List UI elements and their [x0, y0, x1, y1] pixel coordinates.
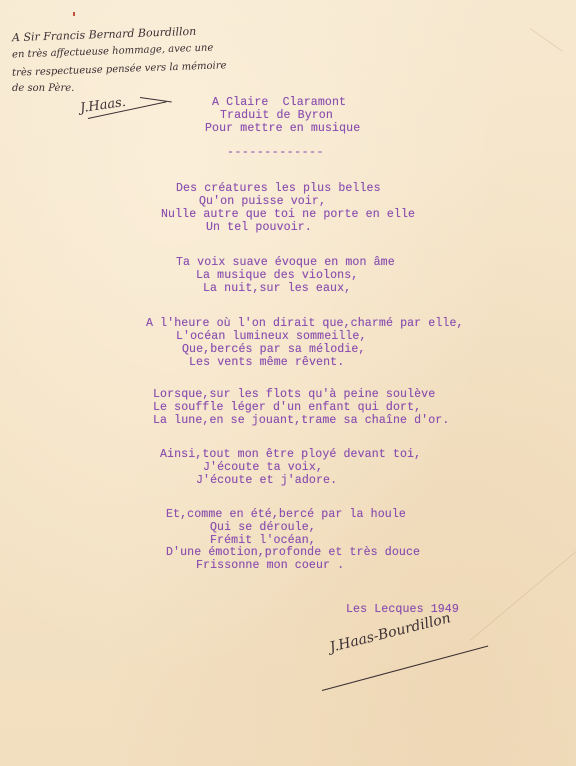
header-divider: -------------: [227, 147, 324, 159]
poem-line: La musique des violons,: [196, 270, 358, 282]
poem-line: Ta voix suave évoque en mon âme: [176, 257, 395, 269]
poem-line: J'écoute et j'adore.: [196, 475, 337, 487]
translation-note: Traduit de Byron: [220, 110, 333, 122]
paper-fold-crease: [530, 28, 563, 52]
signature-flourish: [140, 97, 172, 102]
poem-line: L'océan lumineux sommeille,: [176, 331, 367, 343]
poem-line: La lune,en se jouant,trame sa chaîne d'o…: [153, 415, 449, 427]
dedication-line: de son Père.: [12, 83, 74, 94]
poem-line: La nuit,sur les eaux,: [203, 283, 351, 295]
poem-line: Le souffle léger d'un enfant qui dort,: [153, 402, 421, 414]
poem-line: Frissonne mon coeur .: [196, 560, 344, 572]
dedication-line: très respectueuse pensée vers la mémoire: [12, 60, 227, 78]
purpose-note: Pour mettre en musique: [205, 123, 360, 135]
poem-line: Qui se déroule,: [210, 522, 316, 534]
poem-line: J'écoute ta voix,: [203, 462, 323, 474]
dedicatee-line: A Claire Claramont: [212, 97, 346, 109]
poem-line: Un tel pouvoir.: [206, 222, 312, 234]
poem-line: A l'heure où l'on dirait que,charmé par …: [146, 318, 464, 330]
author-signature: J.Haas-Bourdillon: [328, 610, 452, 656]
paper-fold-crease: [470, 512, 576, 641]
poem-line: Des créatures les plus belles: [176, 183, 381, 195]
poem-line: Les vents même rêvent.: [189, 357, 344, 369]
manuscript-page: A Sir Francis Bernard Bourdillon en très…: [0, 0, 576, 766]
dedication-signature: J.Haas.: [79, 95, 127, 116]
dedication-line: en très affectueuse hommage, avec une: [12, 42, 214, 60]
poem-line: Et,comme en été,bercé par la houle: [166, 509, 406, 521]
signature-underline: [322, 646, 488, 691]
dedication-line: A Sir Francis Bernard Bourdillon: [12, 25, 197, 44]
poem-line: Nulle autre que toi ne porte en elle: [161, 209, 415, 221]
poem-line: Que,bercés par sa mélodie,: [182, 344, 366, 356]
poem-line: Ainsi,tout mon être ployé devant toi,: [160, 449, 421, 461]
poem-line: Qu'on puisse voir,: [199, 196, 326, 208]
poem-line: Lorsque,sur les flots qu'à peine soulève: [153, 389, 435, 401]
red-ink-mark: [73, 12, 75, 16]
poem-line: D'une émotion,profonde et très douce: [166, 547, 420, 559]
